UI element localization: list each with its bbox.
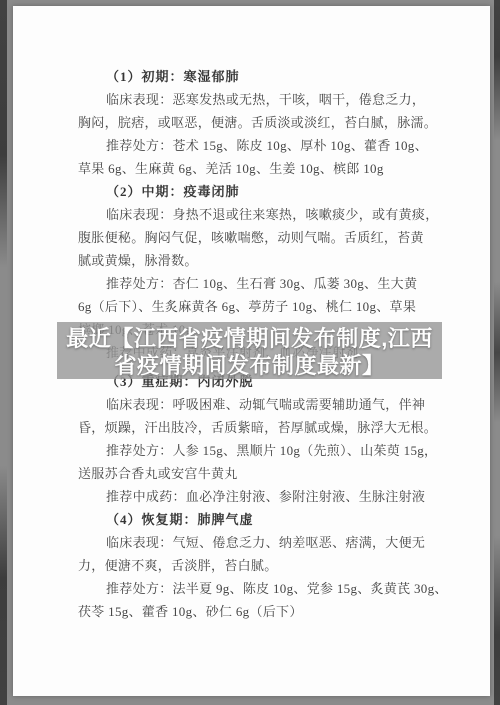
text-line: 昏，烦躁，汗出肢冷，舌质紫暗，苔厚腻或燥，脉浮大无根。 [78, 416, 433, 439]
text-line: 推荐处方：人参 15g、黑顺片 10g（先煎）、山茱萸 15g， [78, 439, 433, 462]
text-line: 送服苏合香丸或安宫牛黄丸 [78, 462, 433, 485]
headline-line-2: 省疫情期间发布制度最新】 [57, 352, 442, 379]
text-line: 推荐处方：杏仁 10g、生石膏 30g、瓜蒌 30g、生大黄 [78, 272, 433, 295]
headline-line-1: 最近【江西省疫情期间发布制度,江西 [57, 325, 442, 352]
section-heading: （4）恢复期：肺脾气虚 [78, 508, 433, 531]
text-line: 茯苓 15g、藿香 10g、砂仁 6g（后下） [78, 600, 433, 623]
text-line: 临床表现：气短、倦怠乏力、纳差呕恶、痞满，大便无 [78, 531, 433, 554]
section-heading: （1）初期：寒湿郁肺 [78, 65, 433, 88]
text-line: 腻或黄燥，脉滑数。 [78, 249, 433, 272]
text-line: 草果 6g、生麻黄 6g、羌活 10g、生姜 10g、槟郎 10g [78, 157, 433, 180]
left-edge-shadow [0, 0, 7, 705]
screenshot-canvas: （1）初期：寒湿郁肺临床表现：恶寒发热或无热，干咳，咽干，倦怠乏力，胸闷，脘痞，… [0, 0, 500, 705]
text-line: 推荐处方：苍术 15g、陈皮 10g、厚朴 10g、藿香 10g、 [78, 134, 433, 157]
right-edge-shadow [494, 0, 500, 705]
text-line: 推荐中成药：血必净注射液、参附注射液、生脉注射液 [78, 485, 433, 508]
section-heading: （2）中期：疫毒闭肺 [78, 180, 433, 203]
text-line: 临床表现：身热不退或往来寒热，咳嗽痰少，或有黄痰， [78, 203, 433, 226]
text-line: 胸闷，脘痞，或呕恶，便溏。舌质淡或淡红，苔白腻，脉濡。 [78, 111, 433, 134]
text-line: 临床表现：呼吸困难、动辄气喘或需要辅助通气，伴神 [78, 393, 433, 416]
headline-overlay: 最近【江西省疫情期间发布制度,江西 省疫情期间发布制度最新】 [57, 322, 442, 379]
text-line: 腹胀便秘。胸闷气促，咳嗽喘憋，动则气喘。舌质红，苔黄 [78, 226, 433, 249]
text-line: 推荐处方：法半夏 9g、陈皮 10g、党参 15g、炙黄芪 30g、 [78, 577, 433, 600]
text-line: 力，便溏不爽，舌淡胖，苔白腻。 [78, 554, 433, 577]
text-line: 6g（后下）、生炙麻黄各 6g、葶苈子 10g、桃仁 10g、草果 [78, 295, 433, 318]
text-line: 临床表现：恶寒发热或无热，干咳，咽干，倦怠乏力， [78, 88, 433, 111]
